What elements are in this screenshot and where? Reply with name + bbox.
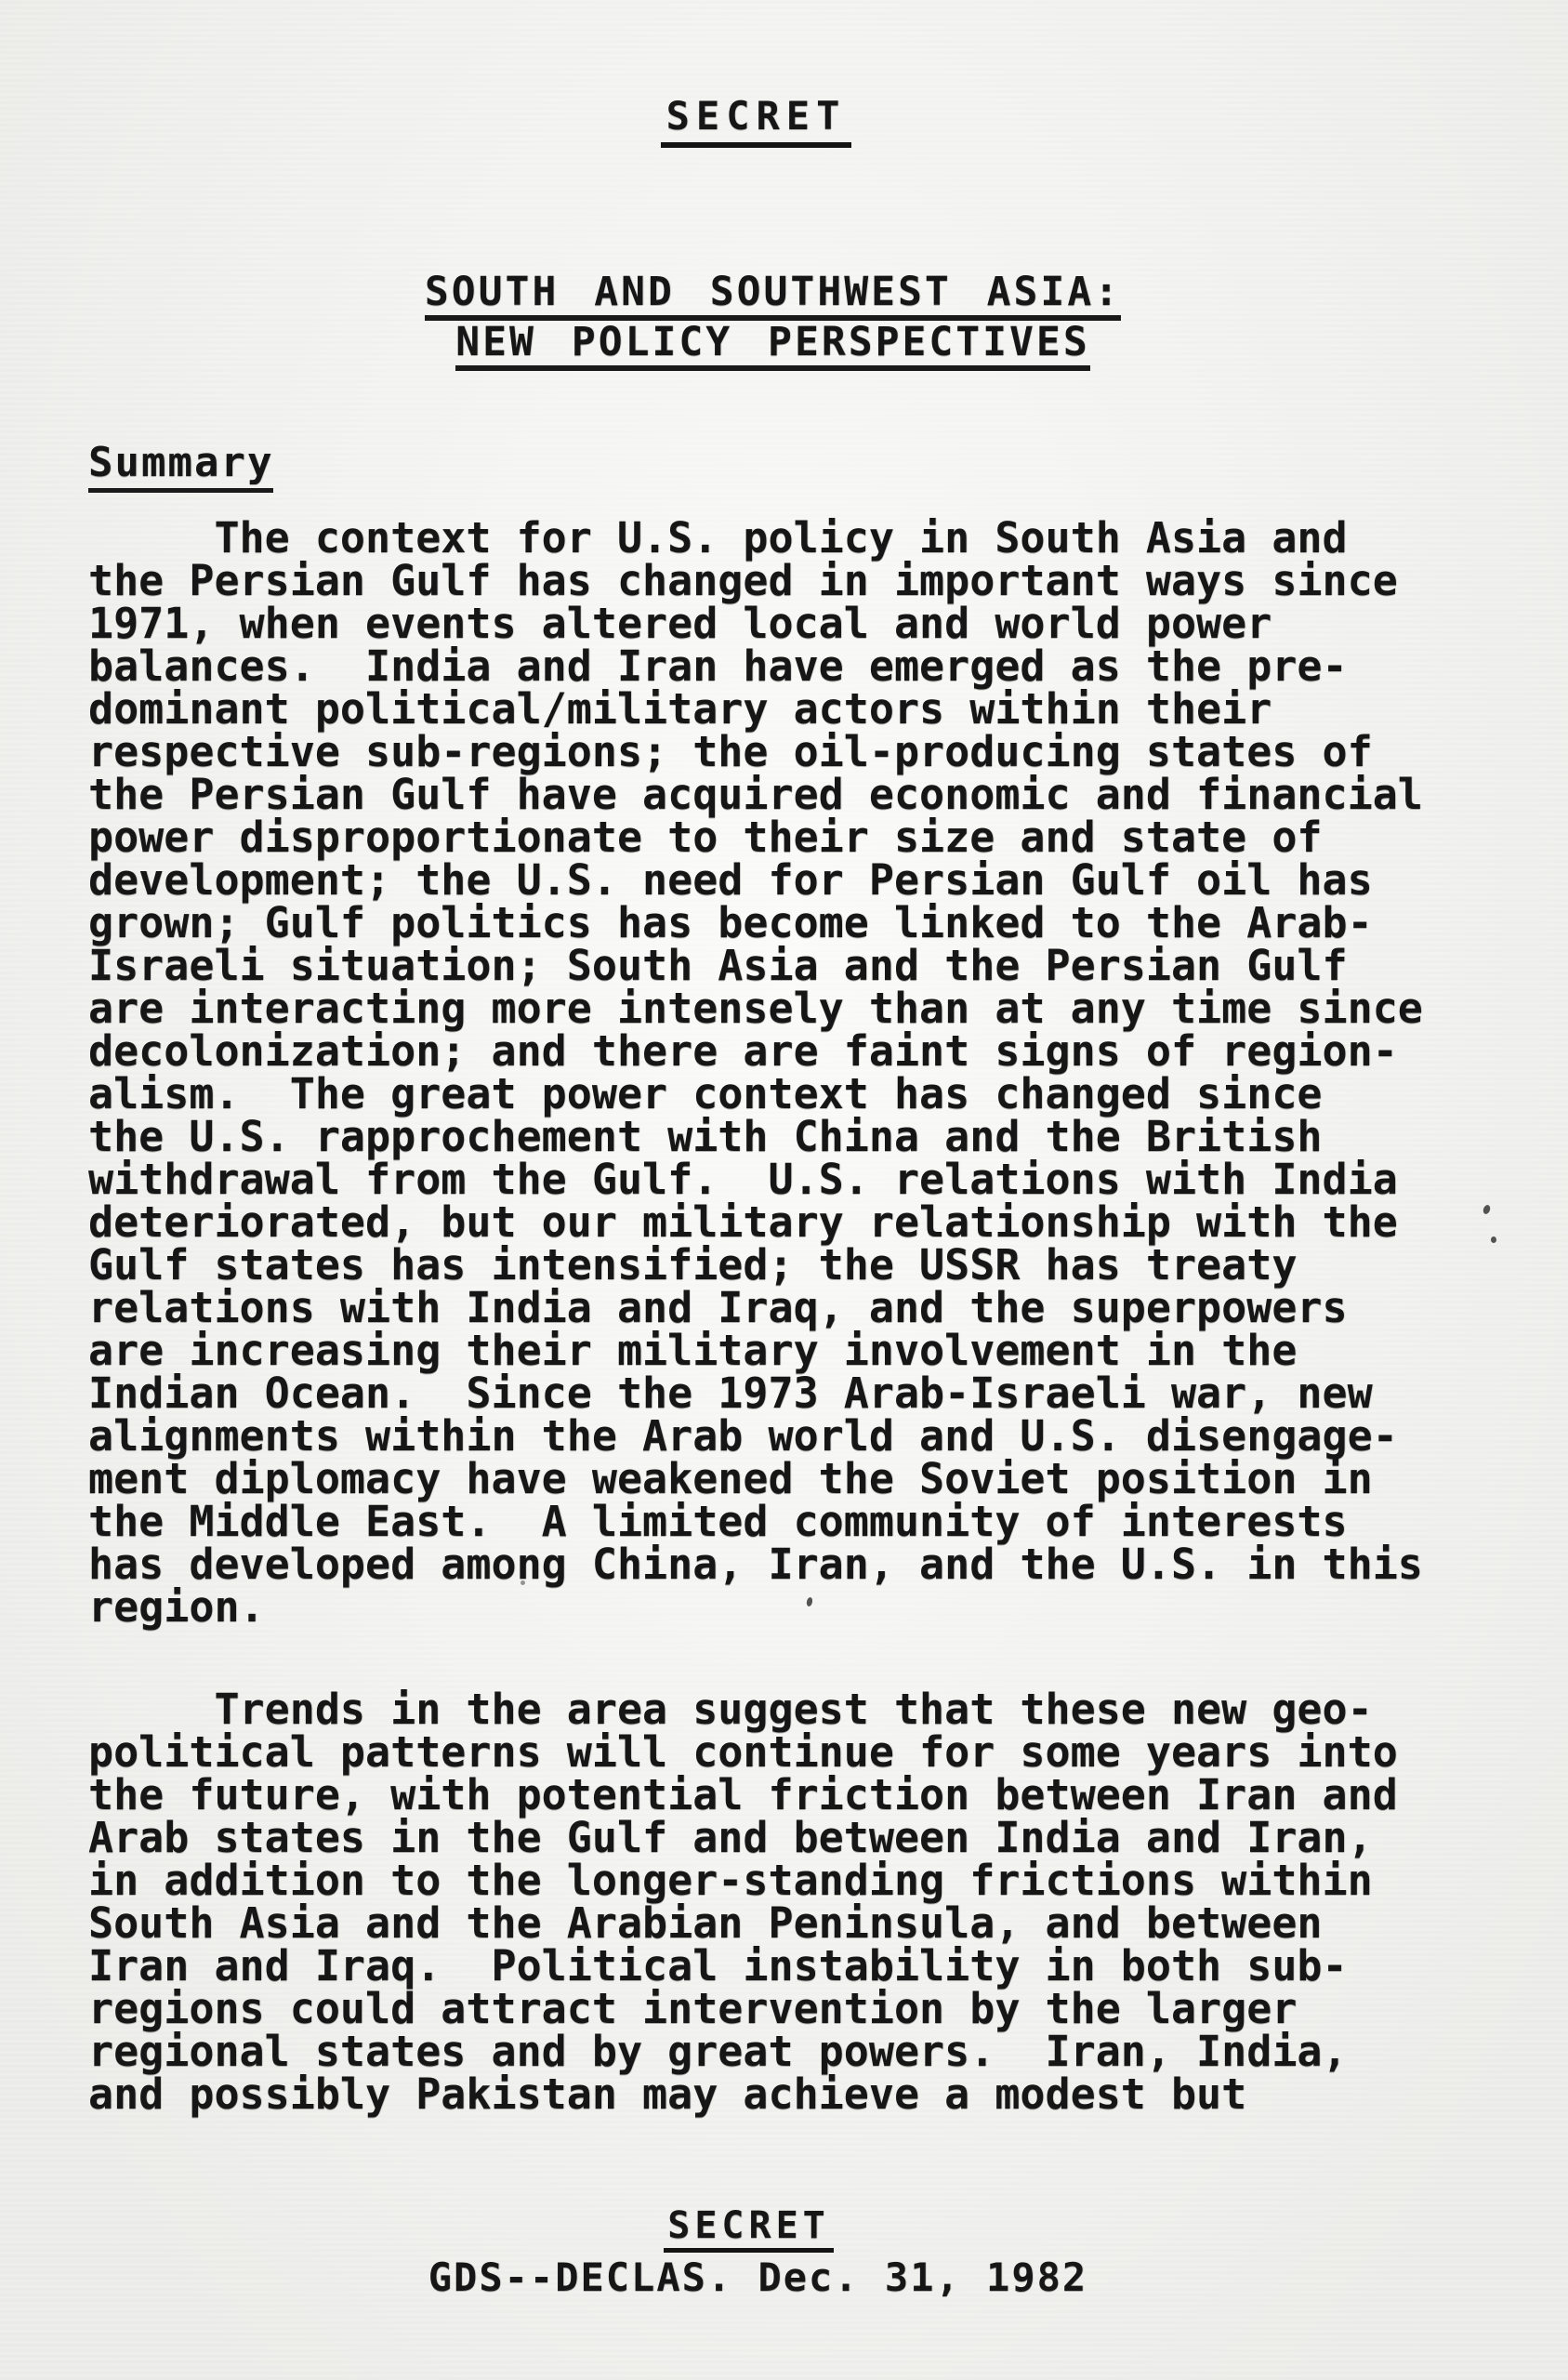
summary-paragraph-1: The context for U.S. policy in South Asi… xyxy=(88,517,1423,1629)
scanned-document-page: { "page": { "classification_header": "SE… xyxy=(0,0,1568,2380)
scan-artifact xyxy=(520,1580,525,1585)
document-title-line-1: SOUTH AND SOUTHWEST ASIA: xyxy=(425,272,1121,321)
summary-paragraph-2: Trends in the area suggest that these ne… xyxy=(88,1688,1398,2116)
scan-artifact xyxy=(1482,1204,1492,1215)
scan-artifact xyxy=(1491,1236,1496,1243)
classification-header: SECRET xyxy=(0,93,1568,148)
document-title-line-2: NEW POLICY PERSPECTIVES xyxy=(455,323,1089,371)
document-title: SOUTH AND SOUTHWEST ASIA: NEW POLICY PER… xyxy=(0,272,1568,373)
classification-stamp-bottom: SECRET xyxy=(664,2205,834,2253)
classification-stamp-top: SECRET xyxy=(661,93,852,148)
page-footer: SECRET GDS--DECLAS. Dec. 31, 1982 xyxy=(0,2205,1568,2299)
summary-heading: Summary xyxy=(88,439,273,493)
declassification-schedule-line: GDS--DECLAS. Dec. 31, 1982 xyxy=(0,2256,1542,2299)
